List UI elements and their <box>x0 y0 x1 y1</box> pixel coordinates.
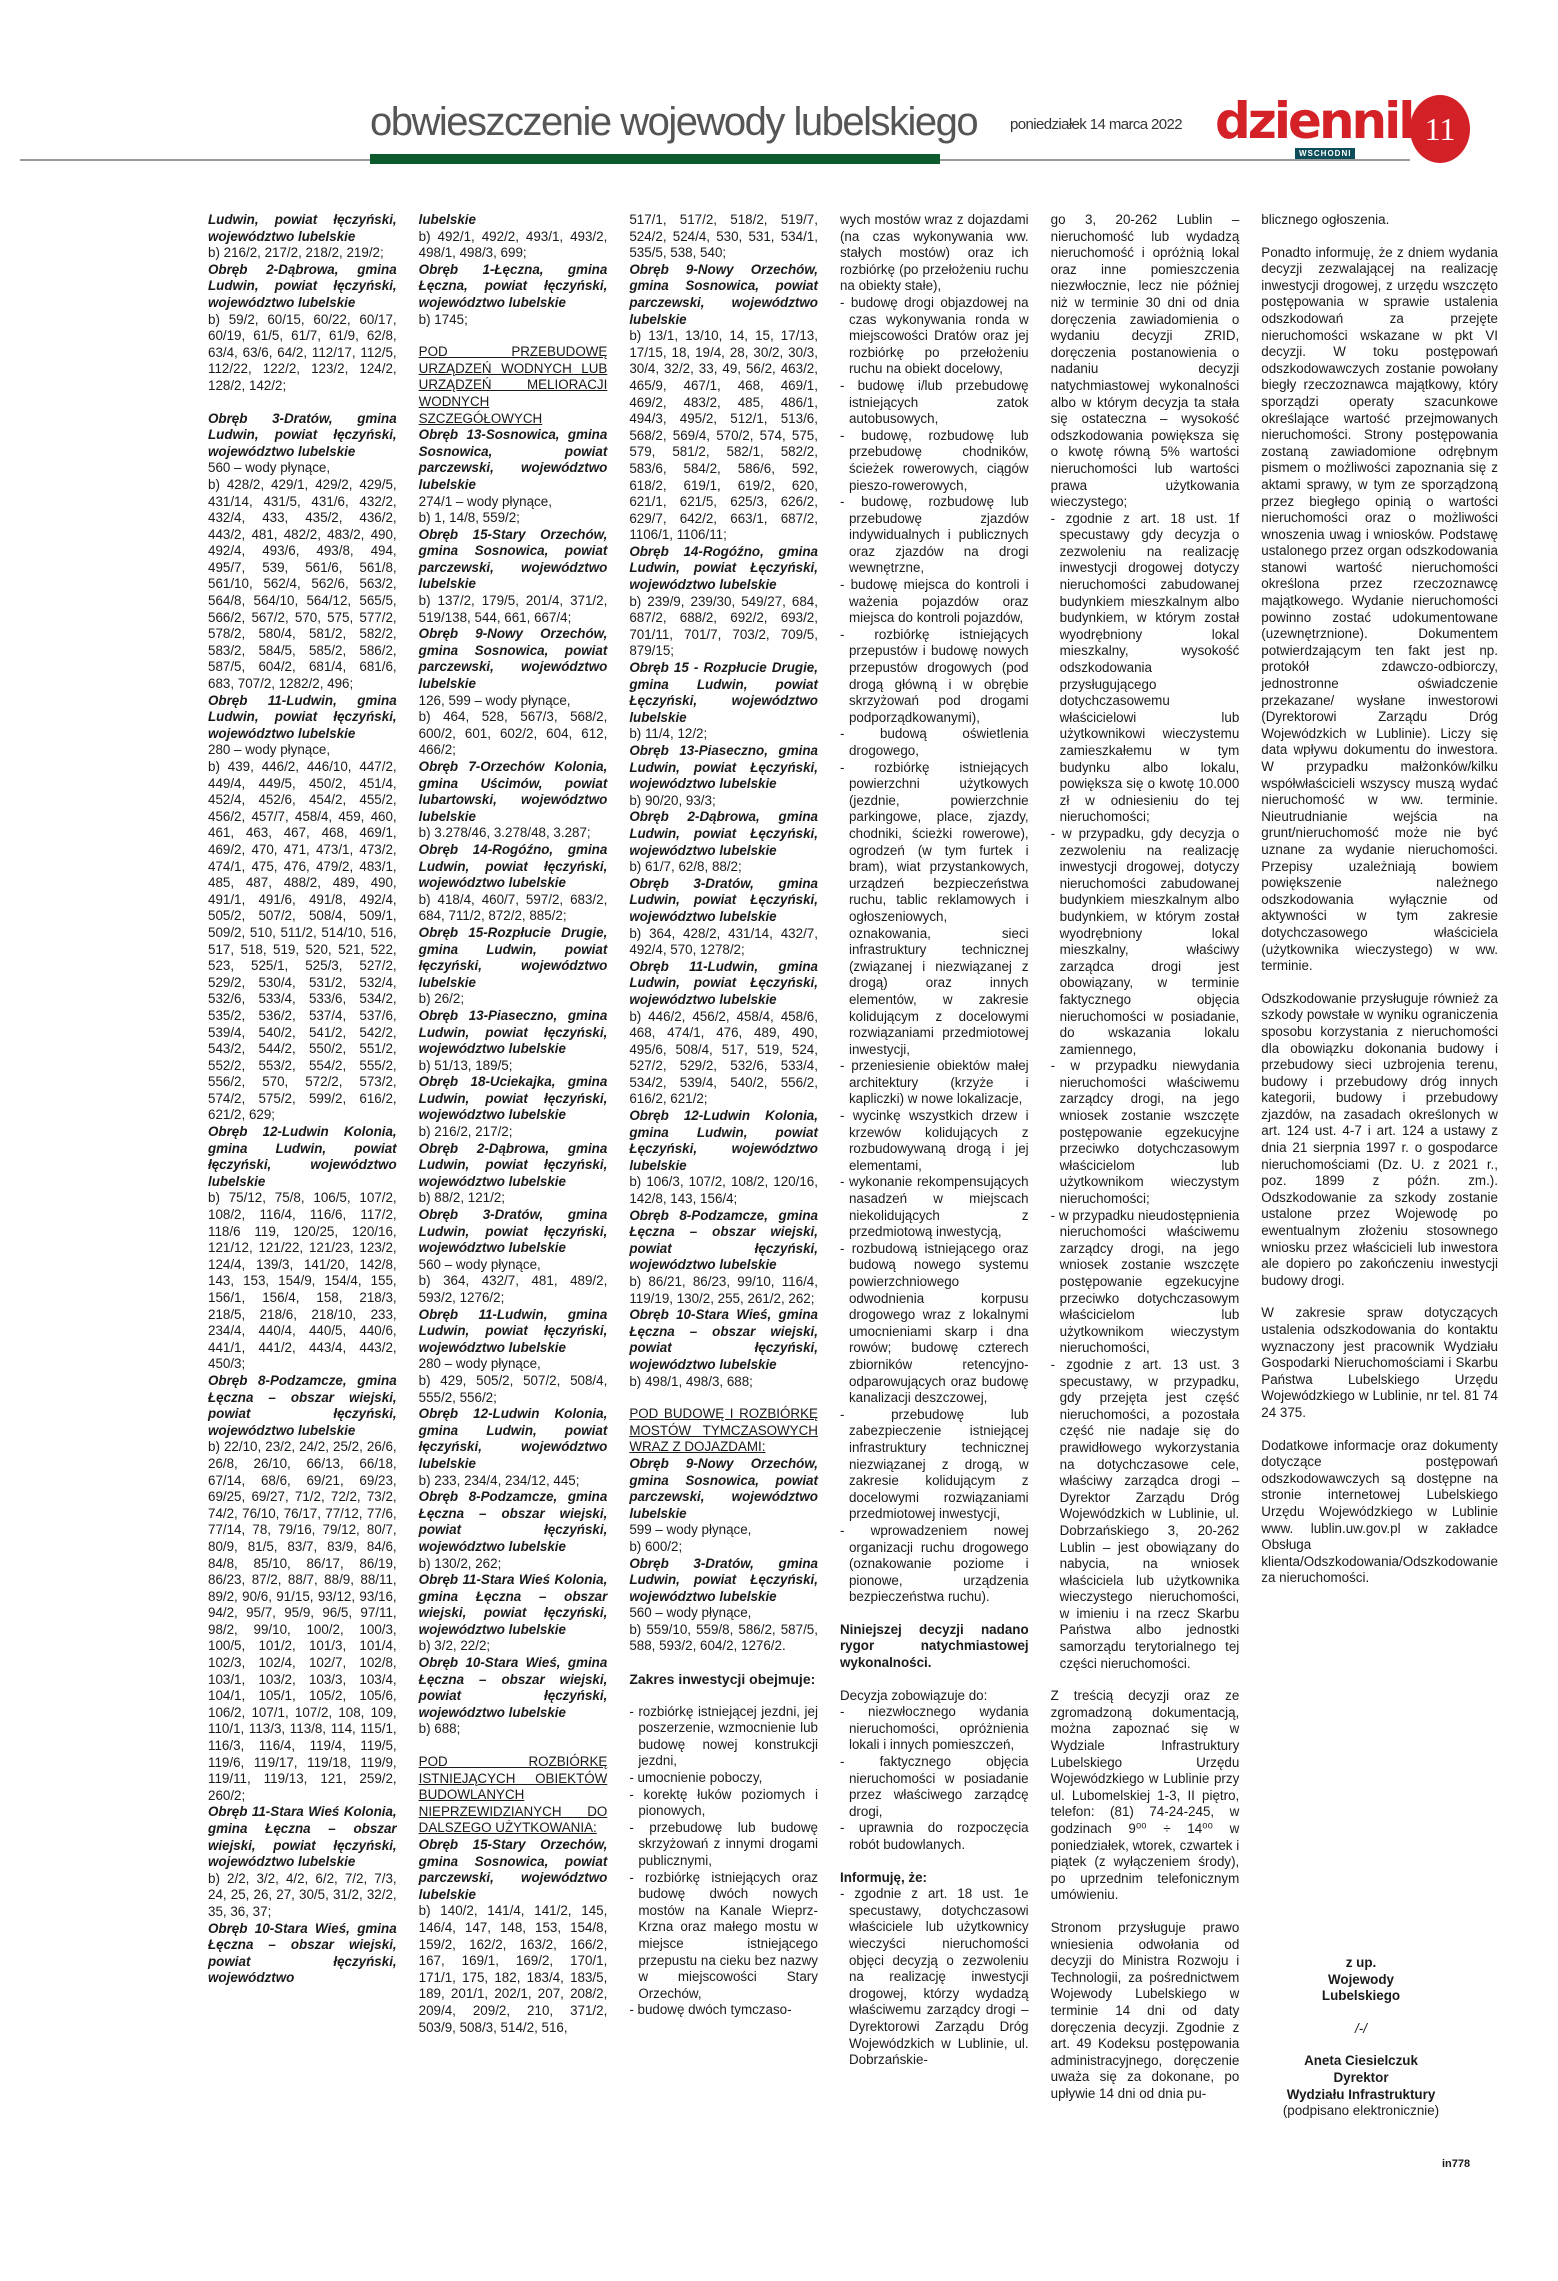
list-item: - umocnienie poboczy, <box>629 1770 818 1787</box>
list-item: - budowę i/lub przebudowę istniejących z… <box>840 378 1029 428</box>
paragraph: b) 239/9, 239/30, 549/27, 684, 687/2, 68… <box>629 594 818 660</box>
parcel-heading: Obręb 10-Stara Wieś, gmina Łęczna – obsz… <box>629 1307 818 1373</box>
spacer <box>1261 229 1498 245</box>
list-item: - w przypadku nieudostępnienia nieruchom… <box>1051 1208 1240 1357</box>
parcel-heading: Obręb 15 - Rozpłucie Drugie, gmina Ludwi… <box>629 660 818 726</box>
spacer <box>629 1655 818 1671</box>
paragraph: b) 1745; <box>419 312 608 329</box>
parcel-heading: Obręb 8-Podzamcze, gmina Łęczna – obszar… <box>419 1489 608 1555</box>
paragraph: b) 3/2, 22/2; <box>419 1638 608 1655</box>
paragraph: b) 216/2, 217/2; <box>419 1124 608 1141</box>
paragraph: Odszkodowanie przysługuje również za szk… <box>1261 991 1498 1290</box>
issue-date: poniedziałek 14 marca 2022 <box>1010 116 1182 133</box>
parcel-heading: Ludwin, powiat łęczyński, województwo lu… <box>208 212 397 245</box>
paragraph: b) 688; <box>419 1721 608 1738</box>
paragraph: b) 364, 428/2, 431/14, 432/7, 492/4, 570… <box>629 926 818 959</box>
paragraph: b) 600/2; <box>629 1539 818 1556</box>
parcel-heading: Obręb 15-Rozpłucie Drugie, gmina Ludwin,… <box>419 925 608 991</box>
list-item: - w przypadku, gdy decyzja o zezwoleniu … <box>1051 826 1240 1058</box>
paragraph: b) 364, 432/7, 481, 489/2, 593/2, 1276/2… <box>419 1273 608 1306</box>
list-item: - budowę, rozbudowę lub przebudowę chodn… <box>840 428 1029 494</box>
list-item: - budowę miejsca do kontroli i ważenia p… <box>840 577 1029 627</box>
paragraph: Ponadto informuję, że z dniem wydania de… <box>1261 245 1498 975</box>
paragraph: b) 106/3, 107/2, 108/2, 120/16, 142/8, 1… <box>629 1174 818 1207</box>
section-heading: POD PRZEBUDOWĘ URZĄDZEŃ WODNYCH LUB URZĄ… <box>419 344 608 427</box>
parcel-heading: Obręb 14-Rogóźno, gmina Ludwin, powiat Ł… <box>629 544 818 594</box>
parcel-heading: Obręb 12-Ludwin Kolonia, gmina Ludwin, p… <box>629 1108 818 1174</box>
ad-code: in778 <box>1442 2158 1470 2170</box>
parcel-heading: Obręb 11-Stara Wieś Kolonia, gmina Łęczn… <box>208 1804 397 1870</box>
paragraph: b) 428/2, 429/1, 429/2, 429/5, 431/14, 4… <box>208 477 397 693</box>
paragraph: b) 61/7, 62/8, 88/2; <box>629 859 818 876</box>
signature-line-3: Lubelskiego <box>1208 1988 1514 2005</box>
parcel-heading: Obręb 11-Ludwin, gmina Ludwin, powiat łę… <box>419 1307 608 1357</box>
spacer <box>419 1738 608 1754</box>
paragraph: b) 88/2, 121/2; <box>419 1190 608 1207</box>
list-item: - zgodnie z art. 18 ust. 1e specustawy, … <box>840 1886 1029 2069</box>
parcel-heading: lubelskie <box>419 212 608 229</box>
paragraph: 126, 599 – wody płynące, <box>419 693 608 710</box>
parcel-heading: Obręb 8-Podzamcze, gmina Łęczna – obszar… <box>629 1208 818 1274</box>
parcel-heading: Obręb 12-Ludwin Kolonia, gmina Ludwin, p… <box>208 1124 397 1190</box>
paragraph: 560 – wody płynące, <box>419 1257 608 1274</box>
list-item: - przebudowę lub zabezpieczenie istnieją… <box>840 1407 1029 1523</box>
parcel-heading: Obręb 15-Stary Orzechów, gmina Sosnowica… <box>419 527 608 593</box>
paragraph: b) 11/4, 12/2; <box>629 726 818 743</box>
bold-paragraph: Niniejszej decyzji nadano rygor natychmi… <box>840 1622 1029 1672</box>
paragraph: b) 446/2, 456/2, 458/4, 458/6, 468, 474/… <box>629 1009 818 1109</box>
paragraph: Decyzja zobowiązuje do: <box>840 1688 1029 1705</box>
spacer <box>840 1854 1029 1870</box>
parcel-heading: Obręb 13-Sosnowica, gmina Sosnowica, pow… <box>419 427 608 493</box>
paragraph: 280 – wody płynące, <box>419 1356 608 1373</box>
list-item: - faktycznego objęcia nieruchomości w po… <box>840 1754 1029 1820</box>
list-item: - rozbiórkę istniejących przepustów i bu… <box>840 627 1029 727</box>
paragraph: b) 216/2, 217/2, 218/2, 219/2; <box>208 245 397 262</box>
paragraph: b) 418/4, 460/7, 597/2, 683/2, 684, 711/… <box>419 892 608 925</box>
section-title-underline <box>370 154 940 164</box>
column-5: go 3, 20-262 Lublin – nieruchomość lub w… <box>1051 212 1240 2103</box>
list-item: - rozbiórkę istniejącej jezdni, jej posz… <box>629 1704 818 1770</box>
paragraph: b) 140/2, 141/4, 141/2, 145, 146/4, 147,… <box>419 1903 608 2036</box>
paragraph: b) 492/1, 492/2, 493/1, 493/2, 498/1, 49… <box>419 229 608 262</box>
paragraph: b) 1, 14/8, 559/2; <box>419 510 608 527</box>
paragraph: 274/1 – wody płynące, <box>419 494 608 511</box>
parcel-heading: Obręb 3-Dratów, gmina Ludwin, powiat łęc… <box>419 1207 608 1257</box>
signature-block: z up. Wojewody Lubelskiego /-/ Aneta Cie… <box>1208 1955 1514 2120</box>
paragraph: wych mostów wraz z dojazdami (na czas wy… <box>840 212 1029 295</box>
page-header: obwieszczenie wojewody lubelskiego ponie… <box>0 90 1558 170</box>
parcel-heading: Obręb 3-Dratów, gmina Ludwin, powiat Łęc… <box>629 1556 818 1606</box>
spacer <box>1261 1289 1498 1305</box>
paragraph: b) 51/13, 189/5; <box>419 1058 608 1075</box>
list-item: - rozbiórkę istniejących oraz budowę dwó… <box>629 1870 818 2003</box>
spacer <box>419 328 608 344</box>
parcel-heading: Obręb 3-Dratów, gmina Ludwin, powiat łęc… <box>208 411 397 461</box>
parcel-heading: Obręb 10-Stara Wieś, gmina Łęczna – obsz… <box>208 1921 397 1987</box>
signature-mark: /-/ <box>1208 2021 1514 2038</box>
spacer <box>1261 975 1498 991</box>
paragraph: b) 130/2, 262; <box>419 1556 608 1573</box>
paragraph: 560 – wody płynące, <box>208 460 397 477</box>
paragraph: go 3, 20-262 Lublin – nieruchomość lub w… <box>1051 212 1240 511</box>
spacer <box>208 395 397 411</box>
list-item: - rozbudową istniejącego oraz budową now… <box>840 1241 1029 1407</box>
paragraph: b) 2/2, 3/2, 4/2, 6/2, 7/2, 7/3, 24, 25,… <box>208 1871 397 1921</box>
parcel-heading: Obręb 9-Nowy Orzechów, gmina Sosnowica, … <box>419 626 608 692</box>
newspaper-logo: dziennik <box>1215 92 1429 150</box>
parcel-heading: Obręb 13-Piaseczno, gmina Ludwin, powiat… <box>419 1008 608 1058</box>
list-item: - zgodnie z art. 13 ust. 3 specustawy, w… <box>1051 1357 1240 1672</box>
column-1: Ludwin, powiat łęczyński, województwo lu… <box>208 212 397 2103</box>
list-item: - niezwłocznego wydania nieruchomości, o… <box>840 1704 1029 1754</box>
paragraph: b) 90/20, 93/3; <box>629 793 818 810</box>
parcel-heading: Obręb 11-Ludwin, gmina Ludwin, powiat Łę… <box>629 959 818 1009</box>
paragraph: b) 26/2; <box>419 991 608 1008</box>
parcel-heading: Obręb 15-Stary Orzechów, gmina Sosnowica… <box>419 1837 608 1903</box>
newspaper-logo-sub: WSCHODNI <box>1295 148 1355 159</box>
paragraph: 517/1, 517/2, 518/2, 519/7, 524/2, 524/4… <box>629 212 818 262</box>
paragraph: b) 22/10, 23/2, 24/2, 25/2, 26/6, 26/8, … <box>208 1439 397 1804</box>
page-number-badge: 11 <box>1410 95 1470 163</box>
section-heading: POD BUDOWĘ I ROZBIÓRKĘ MOSTÓW TYMCZASOWY… <box>629 1406 818 1456</box>
list-item: - w przypadku niewydania nieruchomości w… <box>1051 1058 1240 1207</box>
list-item: - wycinkę wszystkich drzew i krzewów kol… <box>840 1108 1029 1174</box>
paragraph: b) 464, 528, 567/3, 568/2, 600/2, 601, 6… <box>419 709 608 759</box>
column-3: 517/1, 517/2, 518/2, 519/7, 524/2, 524/4… <box>629 212 818 2103</box>
parcel-heading: Obręb 9-Nowy Orzechów, gmina Sosnowica, … <box>629 262 818 328</box>
signature-note: (podpisano elektronicznie) <box>1208 2103 1514 2120</box>
parcel-heading: Obręb 1-Łęczna, gmina Łęczna, powiat łęc… <box>419 262 608 312</box>
paragraph: 560 – wody płynące, <box>629 1605 818 1622</box>
parcel-heading: Obręb 2-Dąbrowa, gmina Ludwin, powiat Łę… <box>629 809 818 859</box>
signatory-name: Aneta Ciesielczuk <box>1208 2053 1514 2070</box>
spacer <box>1051 1672 1240 1688</box>
paragraph: 599 – wody płynące, <box>629 1522 818 1539</box>
list-item: - korektę łuków poziomych i pionowych, <box>629 1787 818 1820</box>
list-item: - budową oświetlenia drogowego, <box>840 726 1029 759</box>
parcel-heading: Obręb 2-Dąbrowa, gmina Ludwin, powiat łę… <box>208 262 397 312</box>
parcel-heading: Obręb 9-Nowy Orzechów, gmina Sosnowica, … <box>629 1456 818 1522</box>
column-4: wych mostów wraz z dojazdami (na czas wy… <box>840 212 1029 2103</box>
paragraph: blicznego ogłoszenia. <box>1261 212 1498 229</box>
paragraph: b) 3.278/46, 3.278/48, 3.287; <box>419 825 608 842</box>
paragraph: W zakresie spraw dotyczących ustalenia o… <box>1261 1305 1498 1421</box>
parcel-heading: Obręb 14-Rogóźno, gmina Ludwin, powiat ł… <box>419 842 608 892</box>
list-item: - budowę drogi objazdowej na czas wykony… <box>840 295 1029 378</box>
list-item: - uprawnia do rozpoczęcia robót budowlan… <box>840 1820 1029 1853</box>
list-item: - wprowadzeniem nowej organizacji ruchu … <box>840 1523 1029 1606</box>
signatory-department: Wydziału Infrastruktury <box>1208 2087 1514 2104</box>
list-item: - zgodnie z art. 18 ust. 1f specustawy g… <box>1051 511 1240 826</box>
parcel-heading: Obręb 18-Uciekajka, gmina Ludwin, powiat… <box>419 1074 608 1124</box>
column-2: lubelskieb) 492/1, 492/2, 493/1, 493/2, … <box>419 212 608 2103</box>
section-heading: POD ROZBIÓRKĘ ISTNIEJĄCYCH OBIEKTÓW BUDO… <box>419 1754 608 1837</box>
paragraph: b) 75/12, 75/8, 106/5, 107/2, 108/2, 116… <box>208 1190 397 1373</box>
spacer <box>629 1688 818 1704</box>
parcel-heading: Obręb 7-Orzechów Kolonia, gmina Uścimów,… <box>419 759 608 825</box>
spacer <box>840 1606 1029 1622</box>
paragraph: b) 13/1, 13/10, 14, 15, 17/13, 17/15, 18… <box>629 328 818 544</box>
list-item: - budowę dwóch tymczaso- <box>629 2002 818 2019</box>
parcel-heading: Obręb 3-Dratów, gmina Ludwin, powiat Łęc… <box>629 876 818 926</box>
spacer <box>629 1390 818 1406</box>
spacer <box>1261 1422 1498 1438</box>
signature-line-2: Wojewody <box>1208 1972 1514 1989</box>
signature-line-1: z up. <box>1208 1955 1514 1972</box>
paragraph: b) 498/1, 498/3, 688; <box>629 1374 818 1391</box>
spacer <box>1051 1904 1240 1920</box>
bold-paragraph: Informuję, że: <box>840 1870 1029 1887</box>
list-item: - wykonanie rekompensujących nasadzeń w … <box>840 1174 1029 1240</box>
parcel-heading: Obręb 12-Ludwin Kolonia, gmina Ludwin, p… <box>419 1406 608 1472</box>
parcel-heading: Obręb 8-Podzamcze, gmina Łęczna – obszar… <box>208 1373 397 1439</box>
list-item: - przeniesienie obiektów małej architekt… <box>840 1058 1029 1108</box>
spacer <box>840 1672 1029 1688</box>
paragraph: b) 233, 234/4, 234/12, 445; <box>419 1473 608 1490</box>
paragraph: b) 59/2, 60/15, 60/22, 60/17, 60/19, 61/… <box>208 312 397 395</box>
parcel-heading: Obręb 2-Dąbrowa, gmina Ludwin, powiat łę… <box>419 1141 608 1191</box>
scope-heading: Zakres inwestycji obejmuje: <box>629 1671 818 1688</box>
paragraph: b) 137/2, 179/5, 201/4, 371/2, 519/138, … <box>419 593 608 626</box>
column-6: blicznego ogłoszenia.Ponadto informuję, … <box>1261 212 1498 2103</box>
paragraph: 280 – wody płynące, <box>208 742 397 759</box>
paragraph: b) 559/10, 559/8, 586/2, 587/5, 588, 593… <box>629 1622 818 1655</box>
parcel-heading: Obręb 13-Piaseczno, gmina Ludwin, powiat… <box>629 743 818 793</box>
list-item: - rozbiórkę istniejących powierzchni uży… <box>840 760 1029 1059</box>
paragraph: Z treścią decyzji oraz ze zgromadzoną do… <box>1051 1688 1240 1904</box>
parcel-heading: Obręb 11-Ludwin, gmina Ludwin, powiat łę… <box>208 693 397 743</box>
paragraph: b) 86/21, 86/23, 99/10, 116/4, 119/19, 1… <box>629 1274 818 1307</box>
paragraph: b) 439, 446/2, 446/10, 447/2, 449/4, 449… <box>208 759 397 1124</box>
parcel-heading: Obręb 11-Stara Wieś Kolonia, gmina Łęczn… <box>419 1572 608 1638</box>
paragraph: Dodatkowe informacje oraz dokumenty doty… <box>1261 1438 1498 1587</box>
article-columns: Ludwin, powiat łęczyński, województwo lu… <box>208 212 1498 2103</box>
list-item: - budowę, rozbudowę lub przebudowę zjazd… <box>840 494 1029 577</box>
signatory-title: Dyrektor <box>1208 2070 1514 2087</box>
parcel-heading: Obręb 10-Stara Wieś, gmina Łęczna – obsz… <box>419 1655 608 1721</box>
section-title: obwieszczenie wojewody lubelskiego <box>370 100 977 145</box>
paragraph: b) 429, 505/2, 507/2, 508/4, 555/2, 556/… <box>419 1373 608 1406</box>
list-item: - przebudowę lub budowę skrzyżowań z inn… <box>629 1820 818 1870</box>
